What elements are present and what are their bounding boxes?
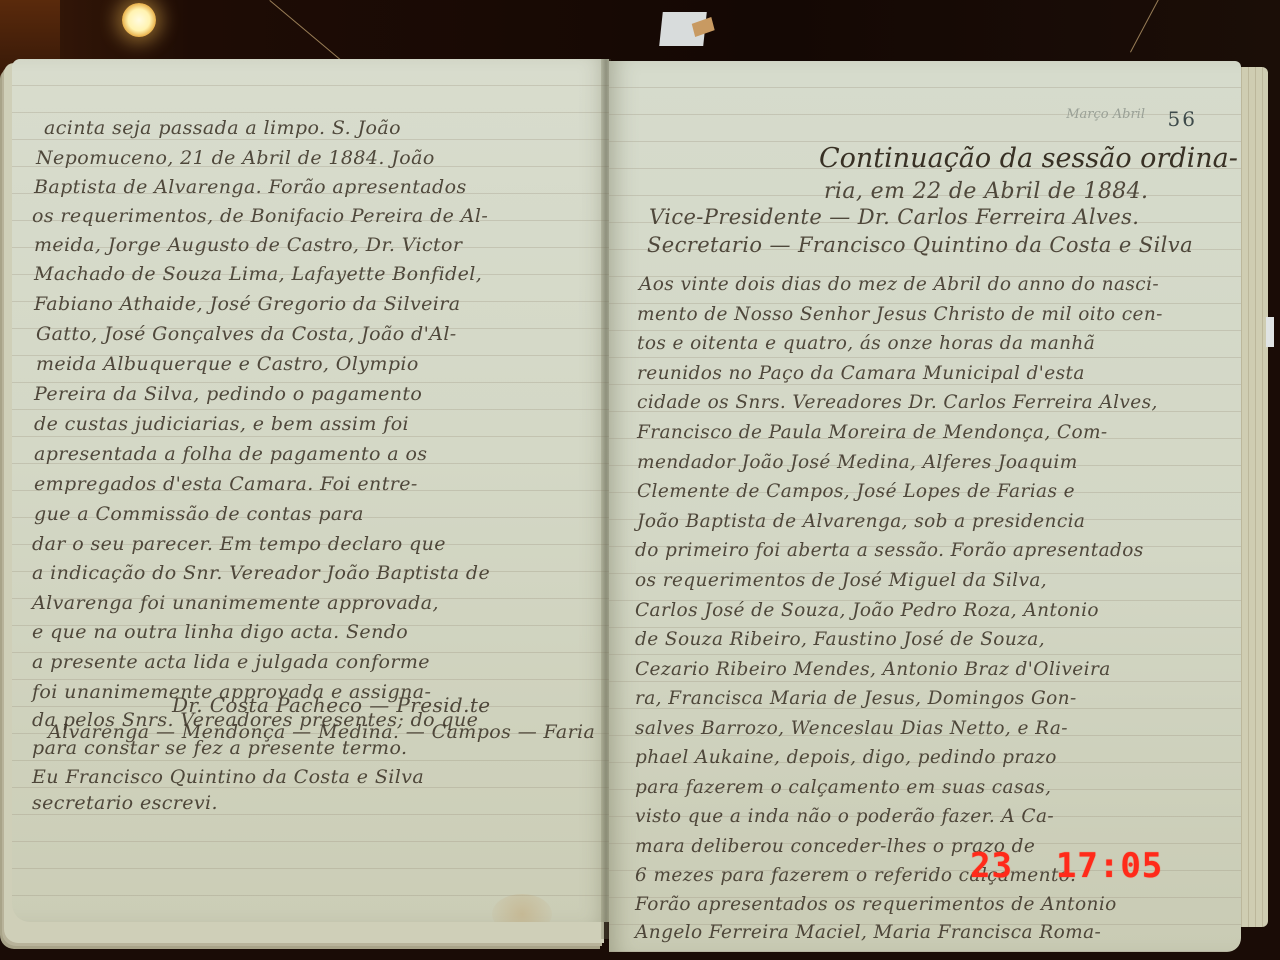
handwritten-line: acinta seja passada a limpo. S. João [44, 117, 401, 139]
handwritten-line: Aos vinte dois dias do mez de Abril do a… [639, 274, 1159, 295]
page-number: 56 [1168, 107, 1197, 131]
handwritten-line: para fazerem o calçamento em suas casas, [635, 777, 1051, 798]
handwritten-line: de Souza Ribeiro, Faustino José de Souza… [635, 629, 1045, 650]
handwritten-line: ra, Francisca Maria de Jesus, Domingos G… [635, 688, 1077, 709]
open-ledger-book: acinta seja passada a limpo. S. João Nep… [0, 55, 1280, 960]
handwritten-line: visto que a inda não o poderão fazer. A … [635, 806, 1054, 827]
session-title-cont: ria, em 22 de Abril de 1884. [824, 179, 1148, 204]
timestamp-time: 17:05 [1056, 846, 1163, 886]
right-page: Março Abril 56 Continuação da sessão ord… [609, 61, 1241, 952]
timestamp-day: 23 [970, 846, 1013, 886]
handwritten-line: Nepomuceno, 21 de Abril de 1884. João [36, 147, 435, 169]
handwritten-line: phael Aukaine, depois, digo, pedindo pra… [635, 747, 1057, 768]
handwritten-line: apresentada a folha de pagamento a os [34, 443, 427, 465]
secretary-line: Secretario — Francisco Quintino da Costa… [647, 233, 1193, 257]
handwritten-line: João Baptista de Alvarenga, sob a presid… [637, 511, 1085, 532]
handwritten-line: os requerimentos, de Bonifacio Pereira d… [32, 205, 488, 227]
handwritten-line: a indicação do Snr. Vereador João Baptis… [32, 562, 490, 584]
handwritten-line: Angelo Ferreira Maciel, Maria Francisca … [635, 922, 1101, 943]
handwritten-line: secretario escrevi. [32, 792, 218, 814]
paper-scrap [659, 12, 707, 46]
handwritten-line: meida Albuquerque e Castro, Olympio [36, 353, 419, 375]
handwritten-line: Eu Francisco Quintino da Costa e Silva [32, 766, 424, 788]
handwritten-line: os requerimentos de José Miguel da Silva… [635, 570, 1047, 591]
handwritten-line: de custas judiciarias, e bem assim foi [34, 413, 409, 435]
signature-line: Alvarenga — Mendonça — Medina. — Campos … [48, 721, 595, 743]
camera-timestamp: 23 17:05 [970, 846, 1163, 886]
handwritten-line: gue a Commissão de contas para [34, 503, 364, 525]
session-title: Continuação da sessão ordina- [819, 143, 1238, 174]
handwritten-line: mento de Nosso Senhor Jesus Christo de m… [637, 304, 1163, 325]
handwritten-line: Francisco de Paula Moreira de Mendonça, … [637, 422, 1108, 443]
pencil-annotation: Março Abril [1066, 107, 1145, 122]
lamp-light [122, 3, 156, 37]
handwritten-line: dar o seu parecer. Em tempo declaro que [32, 533, 446, 555]
left-page: acinta seja passada a limpo. S. João Nep… [12, 59, 609, 922]
handwritten-line: mendador João José Medina, Alferes Joaqu… [637, 452, 1078, 473]
handwritten-line: Alvarenga foi unanimemente approvada, [32, 592, 439, 614]
handwritten-line: Cezario Ribeiro Mendes, Antonio Braz d'O… [635, 659, 1111, 680]
handwritten-line: empregados d'esta Camara. Foi entre- [34, 473, 418, 495]
handwritten-line: tos e oitenta e quatro, ás onze horas da… [637, 333, 1095, 354]
handwritten-line: Gatto, José Gonçalves da Costa, João d'A… [36, 323, 457, 345]
handwritten-line: Fabiano Athaide, José Gregorio da Silvei… [34, 293, 460, 315]
handwritten-line: reunidos no Paço da Camara Municipal d'e… [637, 363, 1085, 384]
handwritten-line: Baptista de Alvarenga. Forão apresentado… [34, 176, 467, 198]
handwritten-line: Forão apresentados os requerimentos de A… [635, 894, 1117, 915]
handwritten-line: Machado de Souza Lima, Lafayette Bonfide… [34, 263, 482, 285]
handwritten-line: do primeiro foi aberta a sessão. Forão a… [635, 540, 1144, 561]
handwritten-line: a presente acta lida e julgada conforme [32, 651, 430, 673]
handwritten-line: Pereira da Silva, pedindo o pagamento [34, 383, 422, 405]
signature-line: Dr. Costa Pacheco — Presid.te [172, 693, 491, 717]
handwritten-line: e que na outra linha digo acta. Sendo [32, 621, 408, 643]
handwritten-line: salves Barrozo, Wenceslau Dias Netto, e … [635, 718, 1068, 739]
handwritten-line: Clemente de Campos, José Lopes de Farias… [637, 481, 1075, 502]
vice-president-line: Vice-Presidente — Dr. Carlos Ferreira Al… [649, 205, 1139, 229]
handwritten-line: meida, Jorge Augusto de Castro, Dr. Vict… [34, 234, 462, 256]
handwritten-line: cidade os Snrs. Vereadores Dr. Carlos Fe… [637, 392, 1158, 413]
handwritten-line: Carlos José de Souza, João Pedro Roza, A… [635, 600, 1099, 621]
